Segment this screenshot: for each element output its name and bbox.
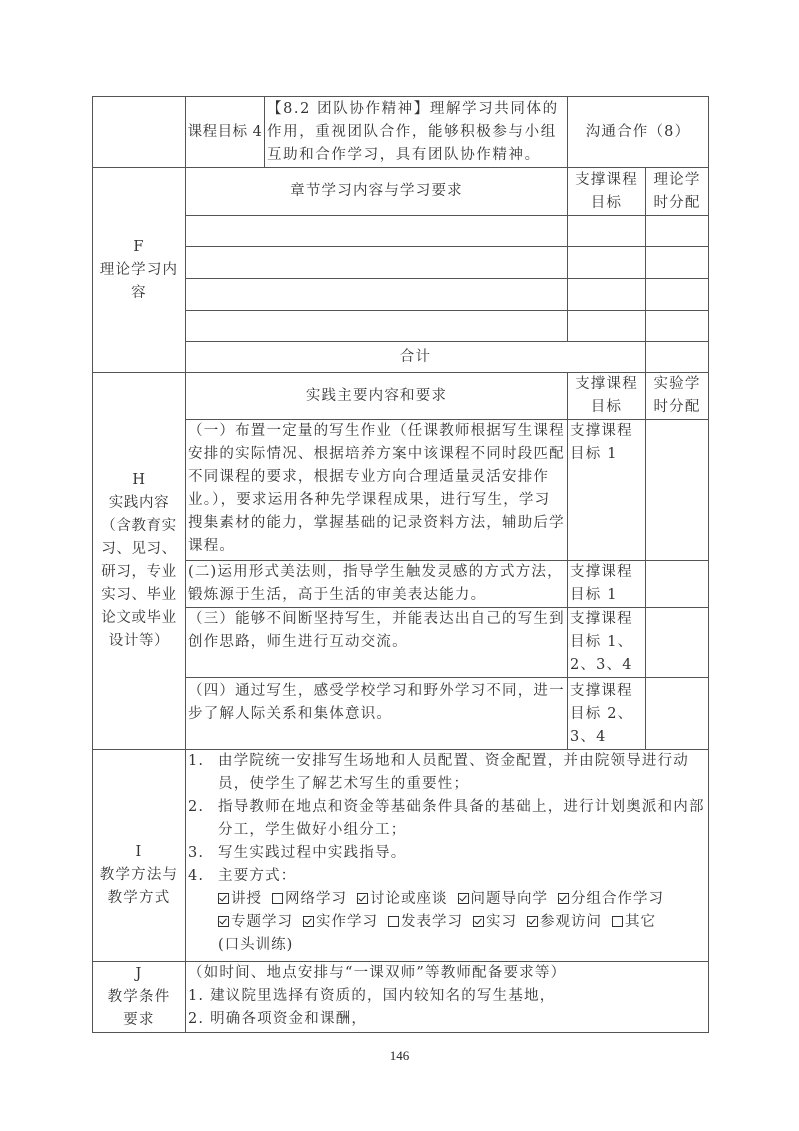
- table-row: [93, 279, 709, 311]
- sectionH-row-hours: [646, 420, 709, 561]
- sectionF-row-goal: [568, 247, 646, 279]
- checkbox-unchecked-icon[interactable]: [272, 893, 283, 904]
- sectionJ-title: 教学条件要求: [95, 986, 183, 1032]
- sectionF-header-content: 章节学习内容与学习要求: [186, 168, 568, 216]
- checkbox-checked-icon[interactable]: [458, 893, 469, 904]
- checkbox-unchecked-icon[interactable]: [388, 916, 399, 927]
- method-checkbox[interactable]: 其它: [612, 911, 656, 934]
- checkbox-checked-icon[interactable]: [527, 916, 538, 927]
- sectionF-header-goal: 支撑课程目标: [568, 168, 646, 216]
- method-checkbox[interactable]: 参观访问: [527, 911, 602, 934]
- sectionF-letter: F: [95, 236, 183, 259]
- sectionF-header-row: F 理论学习内容 章节学习内容与学习要求 支撑课程目标 理论学时分配: [93, 168, 709, 216]
- sectionH-row-content: （四）通过写生，感受学校学习和野外学习不同，进一步了解人际关系和集体意识。: [186, 678, 568, 750]
- list-item: 1.由学院统一安排写生场地和人员配置、资金配置，并由院领导进行动员，使学生了解艺…: [188, 750, 706, 796]
- method-checkbox[interactable]: 网络学习: [272, 888, 347, 911]
- method-checkbox[interactable]: 讨论或座谈: [357, 888, 448, 911]
- checkbox-checked-icon[interactable]: [218, 893, 229, 904]
- sectionI-letter: I: [95, 841, 183, 864]
- sectionJ-row: J 教学条件要求 （如时间、地点安排与“一课双师”等教师配备要求等） 1. 建议…: [93, 962, 709, 1033]
- sectionH-header-hours: 实验学时分配: [646, 373, 709, 420]
- sectionF-label: F 理论学习内容: [93, 168, 186, 373]
- sectionF-row-hours: [646, 311, 709, 342]
- sectionH-row-content: (二)运用形式美法则，指导学生触发灵感的方式方法，锻炼源于生活，高于生活的审美表…: [186, 561, 568, 608]
- table-row: (二)运用形式美法则，指导学生触发灵感的方式方法，锻炼源于生活，高于生活的审美表…: [93, 561, 709, 608]
- sectionH-header-content: 实践主要内容和要求: [186, 373, 568, 420]
- goal4-blank-cell: [93, 97, 186, 168]
- sectionF-row-goal: [568, 216, 646, 247]
- sectionF-row-hours: [646, 279, 709, 311]
- sectionF-total-value: [646, 342, 709, 373]
- method-checkbox[interactable]: 分组合作学习: [558, 888, 664, 911]
- list-item: 3.写生实践过程中实践指导。: [188, 842, 706, 865]
- sectionF-header-hours: 理论学时分配: [646, 168, 709, 216]
- method-checkbox[interactable]: 问题导向学: [458, 888, 549, 911]
- sectionH-row-goal: 支撑课程目标 1: [568, 561, 646, 608]
- table-row: （三）能够不间断坚持写生，并能表达出自己的写生到创作思路，师生进行互动交流。 支…: [93, 608, 709, 678]
- list-item: 2. 明确各项资金和课酬，: [188, 1008, 706, 1031]
- table-row: （四）通过写生，感受学校学习和野外学习不同，进一步了解人际关系和集体意识。 支撑…: [93, 678, 709, 750]
- method-checkbox[interactable]: 实作学习: [303, 911, 378, 934]
- sectionF-row-hours: [646, 247, 709, 279]
- sectionF-total-label: 合计: [186, 342, 646, 373]
- method-checkbox[interactable]: 专题学习: [218, 911, 293, 934]
- teaching-methods-checklist: 讲授网络学习讨论或座谈问题导向学分组合作学习 专题学习实作学习发表学习实习参观访…: [218, 888, 706, 957]
- list-item: 2.指导教师在地点和资金等基础条件具备的基础上，进行计划奥派和内部分工，学生做好…: [188, 796, 706, 842]
- sectionH-title: 实践内容（含教育实习、见习、研习，专业实习、毕业论文或毕业设计等）: [95, 492, 183, 653]
- course-syllabus-table: 课程目标 4 【8.2 团队协作精神】理解学习共同体的作用，重视团队合作，能够积…: [92, 96, 709, 1033]
- sectionH-row-hours: [646, 561, 709, 608]
- sectionH-header-row: H 实践内容（含教育实习、见习、研习，专业实习、毕业论文或毕业设计等） 实践主要…: [93, 373, 709, 420]
- sectionF-row-content: [186, 216, 568, 247]
- sectionF-total-row: 合计: [93, 342, 709, 373]
- list-item: 4.主要方式： 讲授网络学习讨论或座谈问题导向学分组合作学习 专题学习实作学习发…: [188, 865, 706, 957]
- sectionH-row-content: （三）能够不间断坚持写生，并能表达出自己的写生到创作思路，师生进行互动交流。: [186, 608, 568, 678]
- page-number: 146: [0, 1048, 799, 1064]
- method-checkbox[interactable]: 实习: [473, 911, 517, 934]
- goal4-row: 课程目标 4 【8.2 团队协作精神】理解学习共同体的作用，重视团队合作，能够积…: [93, 97, 709, 168]
- list-item: 1. 建议院里选择有资质的，国内较知名的写生基地，: [188, 985, 706, 1008]
- goal4-label: 课程目标 4: [186, 97, 265, 168]
- sectionI-list: 1.由学院统一安排写生场地和人员配置、资金配置，并由院领导进行动员，使学生了解艺…: [188, 750, 706, 957]
- checkbox-checked-icon[interactable]: [558, 893, 569, 904]
- sectionH-row-goal: 支撑课程目标 1、2、3、4: [568, 608, 646, 678]
- checkbox-checked-icon[interactable]: [473, 916, 484, 927]
- table-row: [93, 216, 709, 247]
- sectionH-row-content: （一）布置一定量的写生作业（任课教师根据写生课程安排的实际情况、根据培养方案中该…: [186, 420, 568, 561]
- checkbox-checked-icon[interactable]: [357, 893, 368, 904]
- sectionF-row-goal: [568, 311, 646, 342]
- sectionJ-label: J 教学条件要求: [93, 962, 186, 1033]
- table-row: （一）布置一定量的写生作业（任课教师根据写生课程安排的实际情况、根据培养方案中该…: [93, 420, 709, 561]
- goal4-ability: 沟通合作（8）: [568, 97, 709, 168]
- sectionF-row-content: [186, 247, 568, 279]
- goal4-description: 【8.2 团队协作精神】理解学习共同体的作用，重视团队合作，能够积极参与小组互助…: [265, 97, 568, 168]
- sectionF-row-content: [186, 279, 568, 311]
- document-page: 课程目标 4 【8.2 团队协作精神】理解学习共同体的作用，重视团队合作，能够积…: [0, 0, 799, 1131]
- checkbox-checked-icon[interactable]: [303, 916, 314, 927]
- sectionH-row-hours: [646, 678, 709, 750]
- sectionJ-letter: J: [95, 963, 183, 986]
- sectionH-row-hours: [646, 608, 709, 678]
- sectionI-content: 1.由学院统一安排写生场地和人员配置、资金配置，并由院领导进行动员，使学生了解艺…: [186, 750, 709, 962]
- sectionF-title: 理论学习内容: [95, 259, 183, 305]
- sectionI-label: I 教学方法与教学方式: [93, 750, 186, 962]
- sectionJ-intro: （如时间、地点安排与“一课双师”等教师配备要求等）: [188, 962, 706, 985]
- sectionH-row-goal: 支撑课程目标 2、3、4: [568, 678, 646, 750]
- other-note: (口头训练): [218, 937, 293, 953]
- sectionH-header-goal: 支撑课程目标: [568, 373, 646, 420]
- sectionF-row-goal: [568, 279, 646, 311]
- checkbox-checked-icon[interactable]: [218, 916, 229, 927]
- sectionH-row-goal: 支撑课程目标 1: [568, 420, 646, 561]
- sectionH-label: H 实践内容（含教育实习、见习、研习，专业实习、毕业论文或毕业设计等）: [93, 373, 186, 750]
- table-row: [93, 311, 709, 342]
- table-row: [93, 247, 709, 279]
- sectionF-row-hours: [646, 216, 709, 247]
- method-checkbox[interactable]: 发表学习: [388, 911, 463, 934]
- sectionI-title: 教学方法与教学方式: [95, 864, 183, 910]
- method-checkbox[interactable]: 讲授: [218, 888, 262, 911]
- sectionF-row-content: [186, 311, 568, 342]
- sectionH-letter: H: [95, 469, 183, 492]
- sectionJ-content: （如时间、地点安排与“一课双师”等教师配备要求等） 1. 建议院里选择有资质的，…: [186, 962, 709, 1033]
- checkbox-unchecked-icon[interactable]: [612, 916, 623, 927]
- sectionI-row: I 教学方法与教学方式 1.由学院统一安排写生场地和人员配置、资金配置，并由院领…: [93, 750, 709, 962]
